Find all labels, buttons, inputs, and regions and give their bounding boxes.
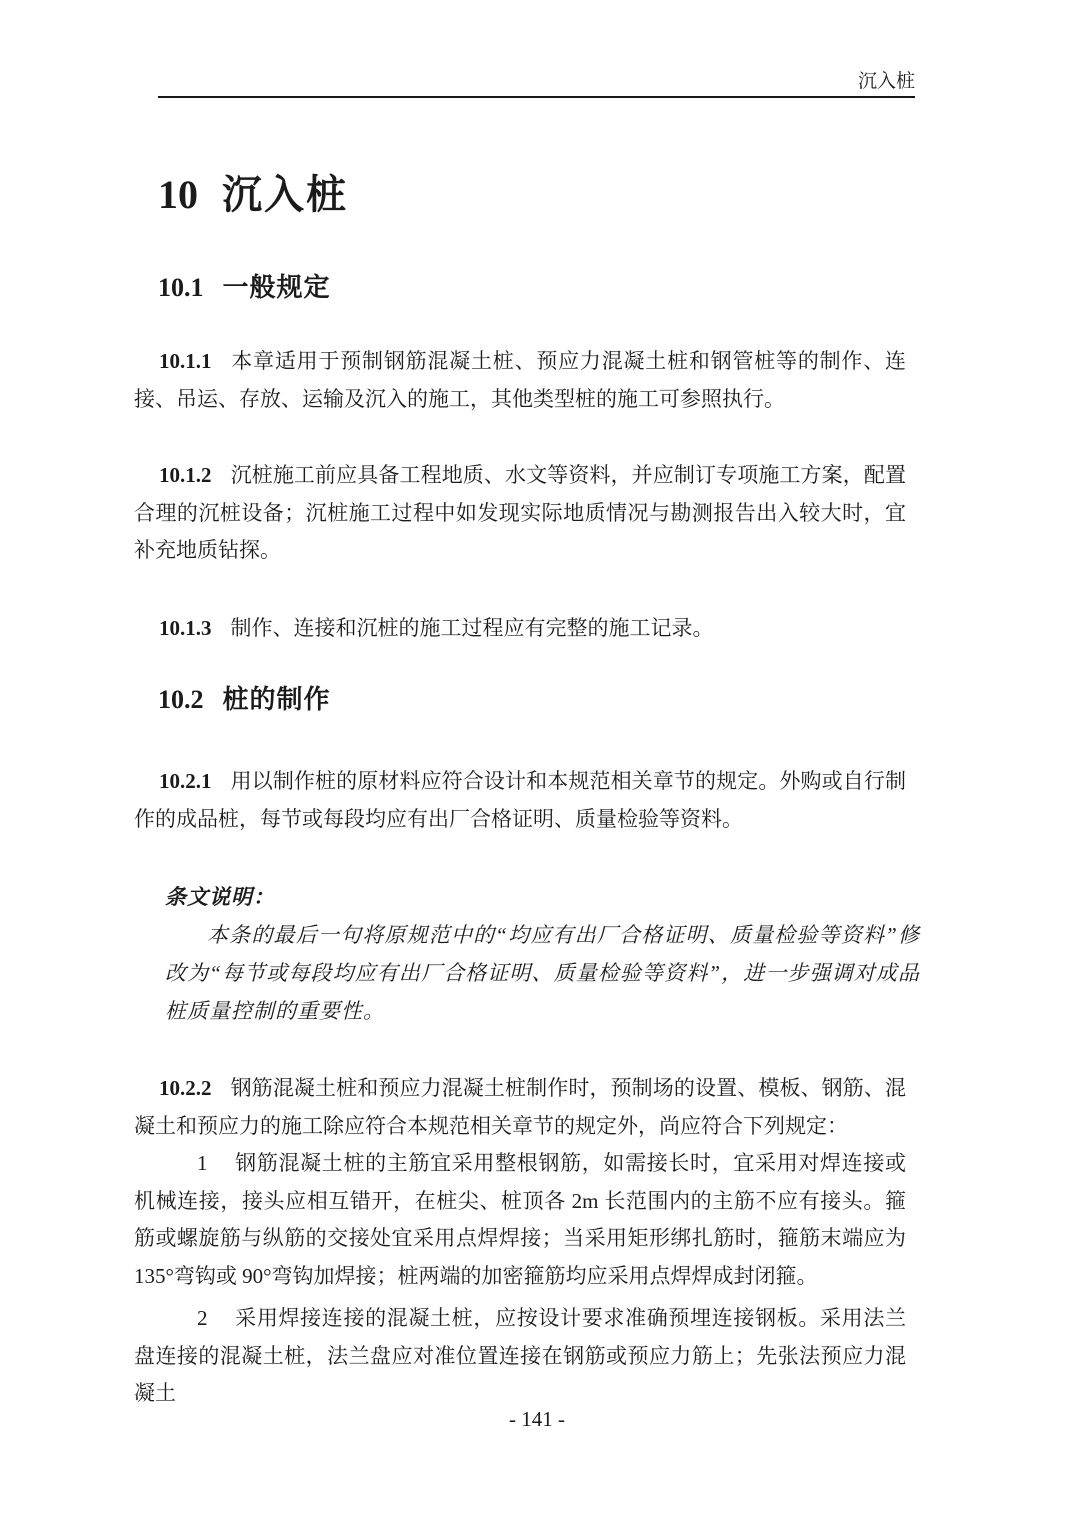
chapter-title: 沉入桩 [222,172,348,217]
list-item-2: 2采用焊接连接的混凝土桩，应按设计要求准确预埋连接钢板。采用法兰盘连接的混凝土桩… [134,1300,906,1413]
clause-number: 10.1.2 [159,463,212,487]
chapter-number: 10 [158,172,198,217]
clause-number: 10.1.1 [159,349,212,373]
clause-text: 用以制作桩的原材料应符合设计和本规范相关章节的规定。外购或自行制作的成品桩，每节… [134,769,906,831]
section-title: 一般规定 [223,272,331,302]
clause-10-1-1: 10.1.1本章适用于预制钢筋混凝土桩、预应力混凝土桩和钢管桩等的制作、连接、吊… [134,343,906,418]
clause-10-2-1: 10.2.1用以制作桩的原材料应符合设计和本规范相关章节的规定。外购或自行制作的… [134,763,906,838]
list-item-number: 2 [197,1306,208,1330]
chapter-heading: 10沉入桩 [158,172,348,218]
clause-text: 本章适用于预制钢筋混凝土桩、预应力混凝土桩和钢管桩等的制作、连接、吊运、存放、运… [134,349,906,411]
clause-number: 10.2.2 [159,1076,212,1100]
list-item-number: 1 [197,1151,208,1175]
clause-number: 10.1.3 [159,616,212,640]
document-page: 沉入桩 10沉入桩 10.1一般规定 10.1.1本章适用于预制钢筋混凝土桩、预… [0,0,1074,1520]
commentary-label: 条文说明： [165,878,920,916]
clause-10-1-2: 10.1.2沉桩施工前应具备工程地质、水文等资料，并应制订专项施工方案，配置合理… [134,457,906,570]
page-header: 沉入桩 [158,70,915,98]
list-item-text: 钢筋混凝土桩的主筋宜采用整根钢筋，如需接长时，宜采用对焊连接或机械连接，接头应相… [134,1151,906,1288]
page-number: - 141 - [509,1407,565,1431]
commentary-block: 条文说明： 本条的最后一句将原规范中的“均应有出厂合格证明、质量检验等资料”修改… [165,878,920,1030]
clause-10-2-2: 10.2.2钢筋混凝土桩和预应力混凝土桩制作时，预制场的设置、模板、钢筋、混凝土… [134,1070,906,1145]
section-number: 10.2 [158,685,204,714]
section-number: 10.1 [158,273,204,302]
running-title: 沉入桩 [858,71,915,92]
clause-number: 10.2.1 [159,769,212,793]
clause-text: 制作、连接和沉桩的施工过程应有完整的施工记录。 [231,616,714,640]
section-title: 桩的制作 [223,684,331,714]
section-heading-10-2: 10.2桩的制作 [158,684,331,715]
clause-10-1-3: 10.1.3制作、连接和沉桩的施工过程应有完整的施工记录。 [134,610,906,648]
list-item-1: 1钢筋混凝土桩的主筋宜采用整根钢筋，如需接长时，宜采用对焊连接或机械连接，接头应… [134,1145,906,1295]
clause-text: 沉桩施工前应具备工程地质、水文等资料，并应制订专项施工方案，配置合理的沉桩设备；… [134,463,906,562]
commentary-text: 本条的最后一句将原规范中的“均应有出厂合格证明、质量检验等资料”修改为“每节或每… [165,916,920,1030]
section-heading-10-1: 10.1一般规定 [158,272,331,303]
clause-text: 钢筋混凝土桩和预应力混凝土桩制作时，预制场的设置、模板、钢筋、混凝土和预应力的施… [134,1076,906,1138]
list-item-text: 采用焊接连接的混凝土桩，应按设计要求准确预埋连接钢板。采用法兰盘连接的混凝土桩，… [134,1306,906,1405]
page-footer: - 141 - [0,1406,1074,1432]
